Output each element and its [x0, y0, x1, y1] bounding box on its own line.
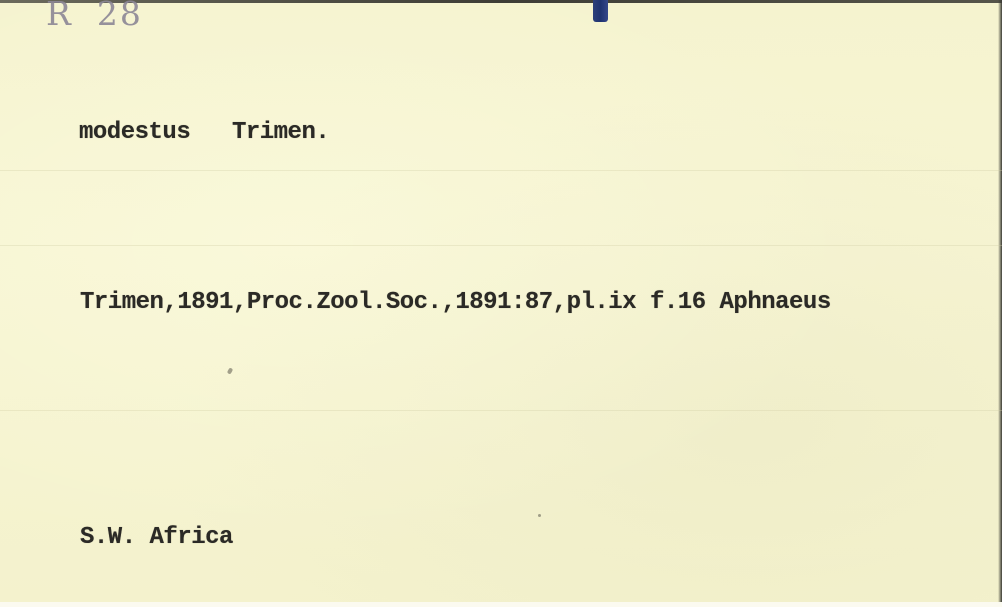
faint-paper-line [0, 410, 1002, 411]
catalog-stamp: R28 [46, 0, 143, 33]
faint-paper-line [0, 245, 1002, 246]
faint-paper-line [0, 170, 1002, 171]
blue-tab-mark [593, 0, 608, 22]
card-bottom-edge [0, 602, 1002, 607]
stamp-letter: R [46, 0, 73, 33]
locality: S.W. Africa [80, 524, 233, 551]
card-right-edge [998, 0, 1002, 607]
paper-blemish [227, 367, 233, 374]
stamp-number: 28 [97, 0, 143, 33]
species-name-line: modestus Trimen. [79, 119, 329, 146]
card-top-edge [0, 0, 1002, 3]
species-author: Trimen. [232, 119, 329, 146]
index-card: R28 modestus Trimen. Trimen,1891,Proc.Zo… [0, 0, 1002, 607]
paper-blemish [538, 514, 541, 517]
species-name: modestus [79, 119, 190, 146]
reference-citation: Trimen,1891,Proc.Zool.Soc.,1891:87,pl.ix… [80, 289, 831, 316]
